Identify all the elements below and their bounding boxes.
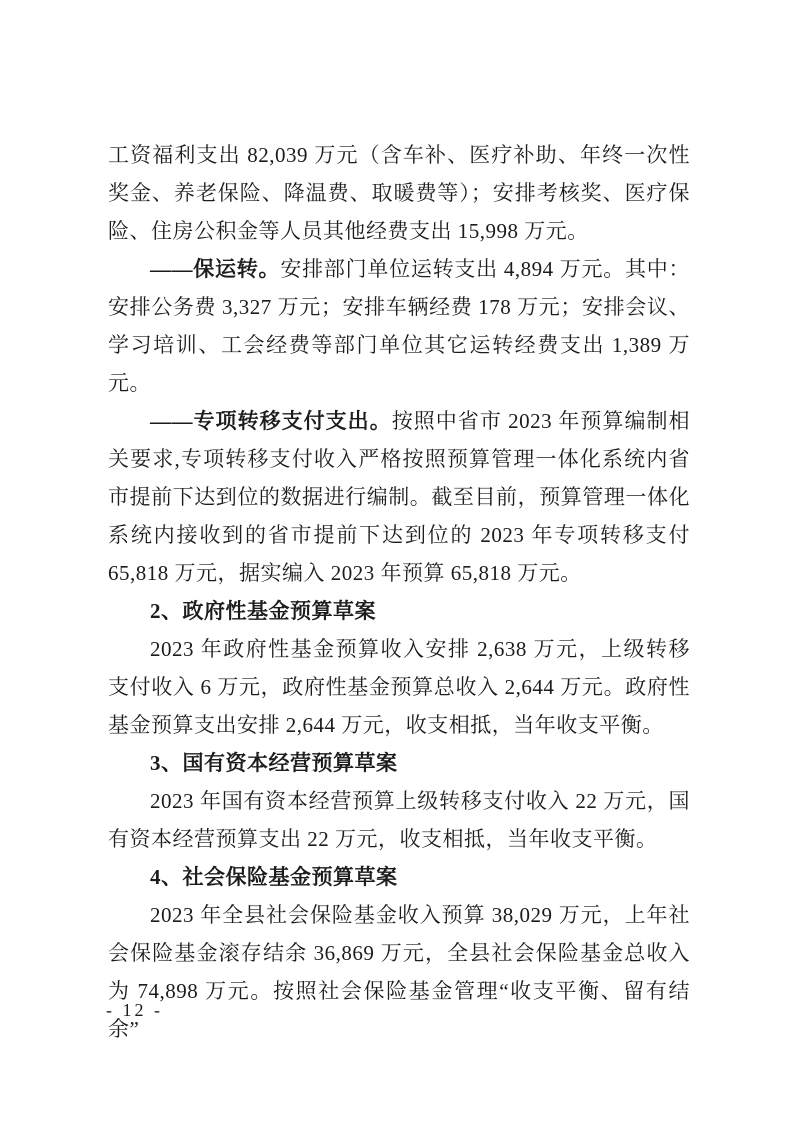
paragraph-bold-lead: ——保运转。 [150,257,280,281]
body-paragraph: ——专项转移支付支出。按照中省市 2023 年预算编制相关要求,专项转移支付收入… [108,402,690,592]
body-paragraph: 2023 年国有资本经营预算上级转移支付收入 22 万元，国有资本经营预算支出 … [108,782,690,858]
page-number: - 12 - [106,999,163,1021]
section-heading: 2、政府性基金预算草案 [108,592,690,630]
section-heading: 4、社会保险基金预算草案 [108,858,690,896]
body-paragraph: 工资福利支出 82,039 万元（含车补、医疗补助、年终一次性奖金、养老保险、降… [108,136,690,250]
document-page: 工资福利支出 82,039 万元（含车补、医疗补助、年终一次性奖金、养老保险、降… [0,0,793,1122]
section-heading: 3、国有资本经营预算草案 [108,744,690,782]
body-paragraph: ——保运转。安排部门单位运转支出 4,894 万元。其中：安排公务费 3,327… [108,250,690,402]
body-paragraph: 2023 年政府性基金预算收入安排 2,638 万元，上级转移支付收入 6 万元… [108,630,690,744]
paragraph-bold-lead: ——专项转移支付支出。 [150,409,392,433]
body-paragraph: 2023 年全县社会保险基金收入预算 38,029 万元，上年社会保险基金滚存结… [108,896,690,1048]
document-body: 工资福利支出 82,039 万元（含车补、医疗补助、年终一次性奖金、养老保险、降… [108,136,690,1048]
